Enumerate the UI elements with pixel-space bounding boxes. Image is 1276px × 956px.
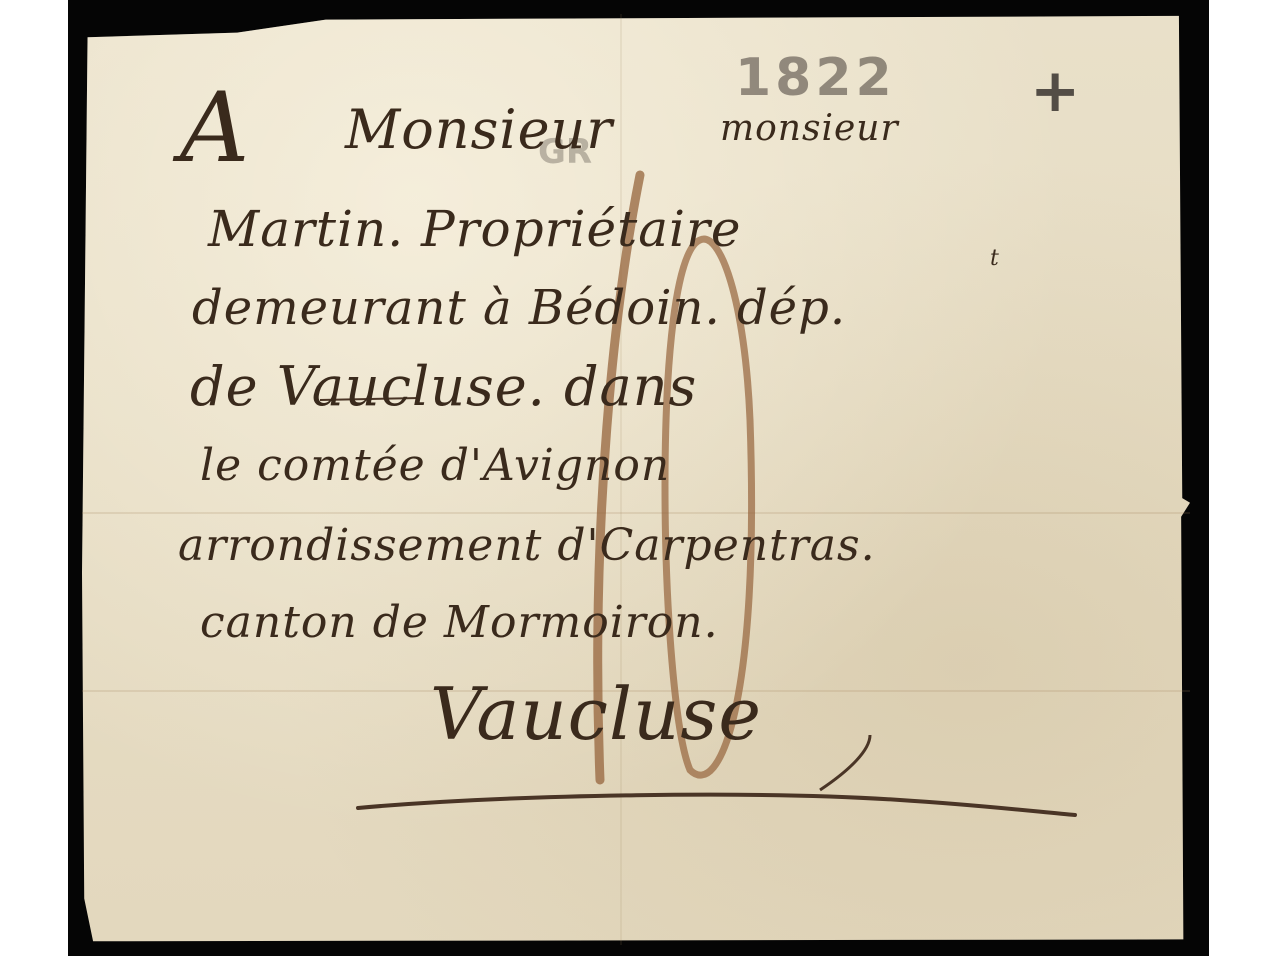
address-line-name: Martin. Propriétaire bbox=[208, 200, 742, 258]
address-line-canton: canton de Mormoiron. bbox=[200, 597, 719, 648]
address-line-monsieur-2: monsieur bbox=[720, 108, 899, 149]
address-line-comte: le comtée d'Avignon bbox=[200, 440, 670, 491]
address-superscript: t bbox=[990, 246, 1000, 271]
address-prefix-initial: A bbox=[180, 80, 250, 176]
address-line-arrondissement: arrondissement d'Carpentras. bbox=[178, 520, 876, 571]
address-line-residence: demeurant à Bédoin. dép. bbox=[192, 280, 846, 336]
address-line-department: de Vaucluse. dans bbox=[190, 355, 697, 418]
address-line-monsieur: Monsieur bbox=[345, 98, 613, 161]
address-line-vaucluse: Vaucluse bbox=[430, 672, 762, 756]
